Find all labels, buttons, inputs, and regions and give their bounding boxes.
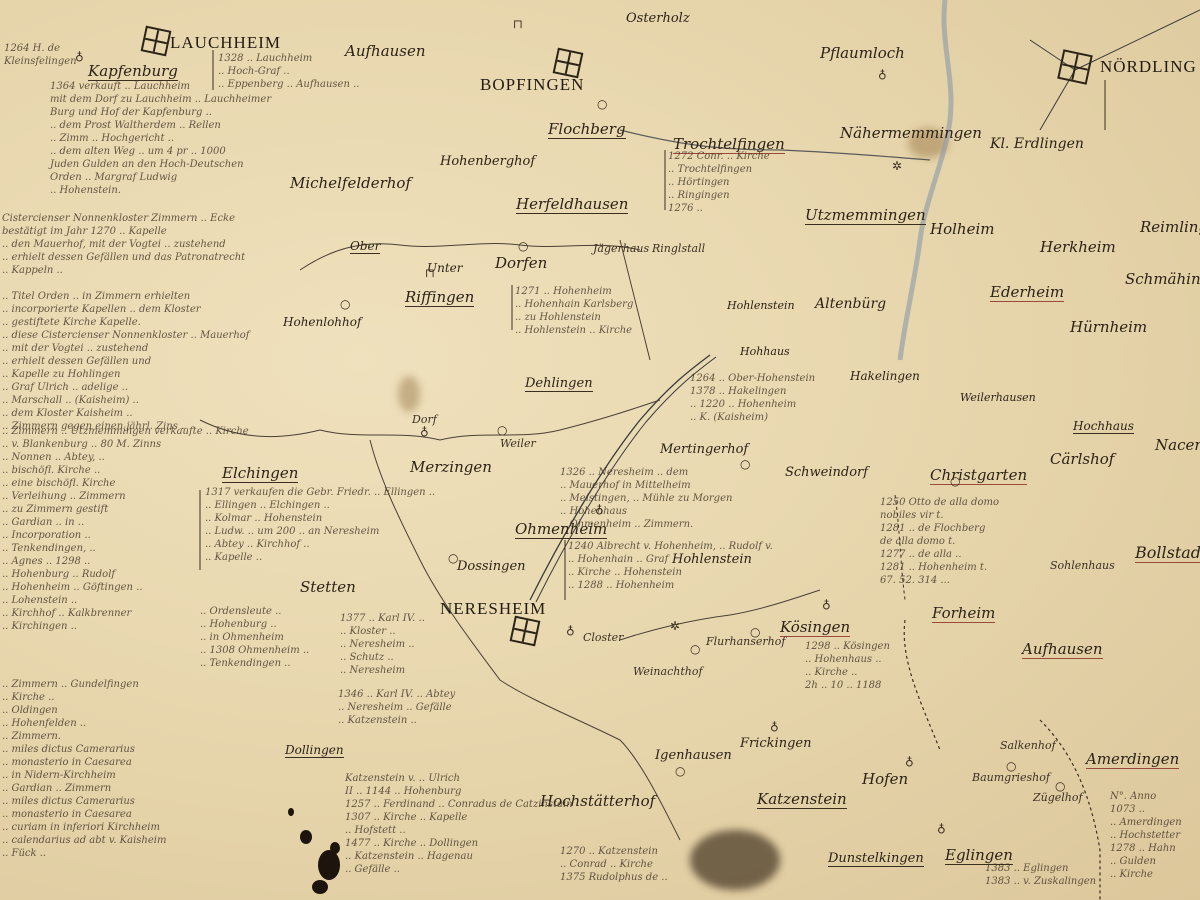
place-label[interactable]: Osterholz	[626, 12, 690, 25]
place-label[interactable]: Forheim	[932, 606, 995, 623]
place-label[interactable]: Christgarten	[930, 468, 1027, 485]
village-icon: ○	[497, 424, 507, 436]
place-label[interactable]: Michelfelderhof	[290, 176, 411, 191]
walled-town-icon	[510, 616, 541, 647]
church-icon: ♁	[822, 598, 831, 610]
annotation-note: 1240 Albrecht v. Hohenheim, .. Rudolf v.…	[568, 540, 773, 592]
town-label-neresheim[interactable]: NERESHEIM	[440, 600, 546, 617]
place-label[interactable]: Pflaumloch	[820, 46, 905, 61]
place-label[interactable]: Dossingen	[457, 560, 526, 573]
annotation-note: 1270 .. Katzenstein .. Conrad .. Kirche …	[560, 845, 668, 884]
place-label[interactable]: Weiler	[500, 438, 536, 449]
place-label[interactable]: Igenhausen	[655, 749, 732, 762]
place-label[interactable]: Hohenberghof	[440, 155, 535, 168]
place-label[interactable]: Holheim	[930, 222, 994, 237]
place-label[interactable]: Stetten	[300, 580, 356, 595]
annotation-note: Katzenstein v. .. Ulrich II .. 1144 .. H…	[345, 772, 573, 876]
place-label[interactable]: Hofen	[862, 772, 908, 787]
place-label[interactable]: Frickingen	[740, 737, 811, 750]
village-icon: ○	[950, 475, 960, 487]
place-label[interactable]: Hochhaus	[1073, 420, 1134, 434]
place-label[interactable]: Dollingen	[285, 744, 344, 758]
annotation-note: 1264 .. Ober-Hohenstein 1378 .. Hakeling…	[690, 372, 815, 424]
annotation-note: 1250 Otto de alla domo nobiles vir t. 12…	[880, 496, 999, 587]
place-label[interactable]: Merzingen	[410, 460, 492, 475]
walled-town-icon	[141, 26, 172, 57]
town-label-lauchheim[interactable]: LAUCHHEIM	[170, 34, 281, 51]
annotation-note: 1346 .. Karl IV. .. Abtey .. Neresheim .…	[338, 688, 455, 727]
annotation-note: 1272 Conr. .. Kirche .. Trochtelfingen .…	[668, 150, 770, 215]
annotation-note: 1317 verkaufen die Gebr. Friedr. .. Elli…	[205, 486, 435, 564]
place-label[interactable]: Aufhausen	[1022, 642, 1103, 659]
place-label[interactable]: Dunstelkingen	[828, 852, 924, 867]
annotation-note: 1326 .. Neresheim .. dem .. Mauerhof in …	[560, 466, 732, 531]
place-label[interactable]: Hohhaus	[740, 346, 790, 357]
church-icon: ♁	[770, 720, 779, 732]
church-icon: ♁	[878, 68, 887, 80]
place-label[interactable]: Hakelingen	[850, 370, 920, 382]
annotation-note: 1271 .. Hohenheim .. Hohenhain Karlsberg…	[515, 285, 633, 337]
place-label[interactable]: Katzenstein	[757, 792, 847, 809]
annotation-note: N°. Anno 1073 .. .. Amerdingen .. Hochst…	[1110, 790, 1182, 881]
chapel-icon: ⊓	[425, 267, 435, 279]
walled-town-icon	[553, 48, 584, 79]
place-label[interactable]: Kl. Erdlingen	[990, 137, 1084, 151]
annotation-note: 1298 .. Kösingen .. Hohenhaus .. .. Kirc…	[805, 640, 890, 692]
place-label[interactable]: Schweindorf	[785, 466, 868, 479]
place-label[interactable]: Flurhanserhof	[706, 636, 785, 647]
place-label[interactable]: Herkheim	[1040, 240, 1116, 255]
place-label[interactable]: Dorfen	[495, 256, 547, 271]
church-icon: ♁	[905, 755, 914, 767]
place-label[interactable]: Ringlstall	[652, 243, 705, 254]
place-label[interactable]: Salkenhof	[1000, 740, 1056, 751]
place-label[interactable]: Reimlingen	[1140, 220, 1200, 235]
village-icon: ○	[740, 458, 750, 470]
place-label[interactable]: Bollstadt	[1135, 545, 1200, 563]
village-icon: ○	[675, 765, 685, 777]
place-label[interactable]: Dehlingen	[525, 377, 593, 392]
place-label[interactable]: Jägerhaus	[593, 243, 649, 254]
mill-icon: ✲	[892, 160, 902, 172]
church-icon: ♁	[420, 425, 429, 437]
town-label-bopfingen[interactable]: BOPFINGEN	[480, 76, 584, 93]
place-label[interactable]: Weilerhausen	[960, 392, 1036, 403]
town-label-noerdlingen[interactable]: NÖRDLING	[1100, 58, 1197, 75]
annotation-note: .. Zimmern .. Gundelfingen .. Kirche .. …	[2, 678, 166, 860]
place-label[interactable]: Kösingen	[780, 620, 850, 637]
walled-town-icon	[1057, 49, 1093, 85]
village-icon: ○	[448, 552, 458, 564]
manuscript-map[interactable]: LAUCHHEIM BOPFINGEN NÖRDLING NERESHEIM K…	[0, 0, 1200, 900]
annotation-note: 1328 .. Lauchheim .. Hoch-Graf .. .. Epp…	[218, 52, 359, 91]
annotation-note: 1383 .. Eglingen 1383 .. v. Zuskalingen	[985, 862, 1096, 888]
place-label[interactable]: Mertingerhof	[660, 443, 748, 456]
village-icon: ○	[1055, 780, 1065, 792]
annotation-note: 1377 .. Karl IV. .. .. Kloster .. .. Ner…	[340, 612, 425, 677]
place-label[interactable]: Altenbürg	[815, 297, 886, 311]
place-label[interactable]: Herfeldhausen	[516, 197, 628, 214]
place-label[interactable]: Nähermemmingen	[840, 126, 982, 141]
place-label[interactable]: Ober	[350, 240, 380, 254]
annotation-note: .. Ordensleute .. .. Hohenburg .. .. in …	[200, 605, 309, 670]
place-label[interactable]: Sohlenhaus	[1050, 560, 1115, 571]
annotation-note: 1264 H. de Kleinsfelingen	[4, 42, 77, 68]
place-label[interactable]: Hürnheim	[1070, 320, 1147, 335]
place-label[interactable]: Schmähingen	[1125, 272, 1200, 287]
village-icon: ○	[1006, 760, 1016, 772]
village-icon: ○	[750, 626, 760, 638]
place-label[interactable]: Weinachthof	[633, 666, 703, 677]
village-icon: ○	[690, 643, 700, 655]
place-label[interactable]: Riffingen	[405, 290, 474, 307]
place-label[interactable]: Hohlenstein	[727, 300, 795, 311]
village-icon: ○	[597, 98, 607, 110]
mill-icon: ✲	[670, 620, 680, 632]
annotation-note: Cistercienser Nonnenkloster Zimmern .. E…	[2, 212, 250, 433]
place-label[interactable]: Cärlshof	[1050, 452, 1114, 467]
place-label[interactable]: Utzmemmingen	[805, 208, 926, 225]
church-icon: ♁	[937, 822, 946, 834]
church-icon: ♁	[566, 624, 575, 636]
village-icon: ○	[340, 298, 350, 310]
chapel-icon: ⊓	[513, 18, 523, 30]
place-label[interactable]: Baumgrieshof	[972, 772, 1050, 783]
place-label[interactable]: Hohenlohhof	[283, 316, 361, 328]
place-label[interactable]: Zügelhof	[1033, 792, 1083, 803]
place-label[interactable]: Flochberg	[548, 122, 626, 139]
village-icon: ○	[518, 240, 528, 252]
place-label[interactable]: Nacen	[1155, 438, 1200, 453]
place-label[interactable]: Closter	[583, 632, 623, 643]
place-label[interactable]: Amerdingen	[1086, 752, 1179, 769]
place-label[interactable]: Kapfenburg	[88, 64, 178, 81]
annotation-note: 1364 verkauft .. Lauchheim mit dem Dorf …	[50, 80, 271, 197]
place-label[interactable]: Ederheim	[990, 285, 1064, 302]
